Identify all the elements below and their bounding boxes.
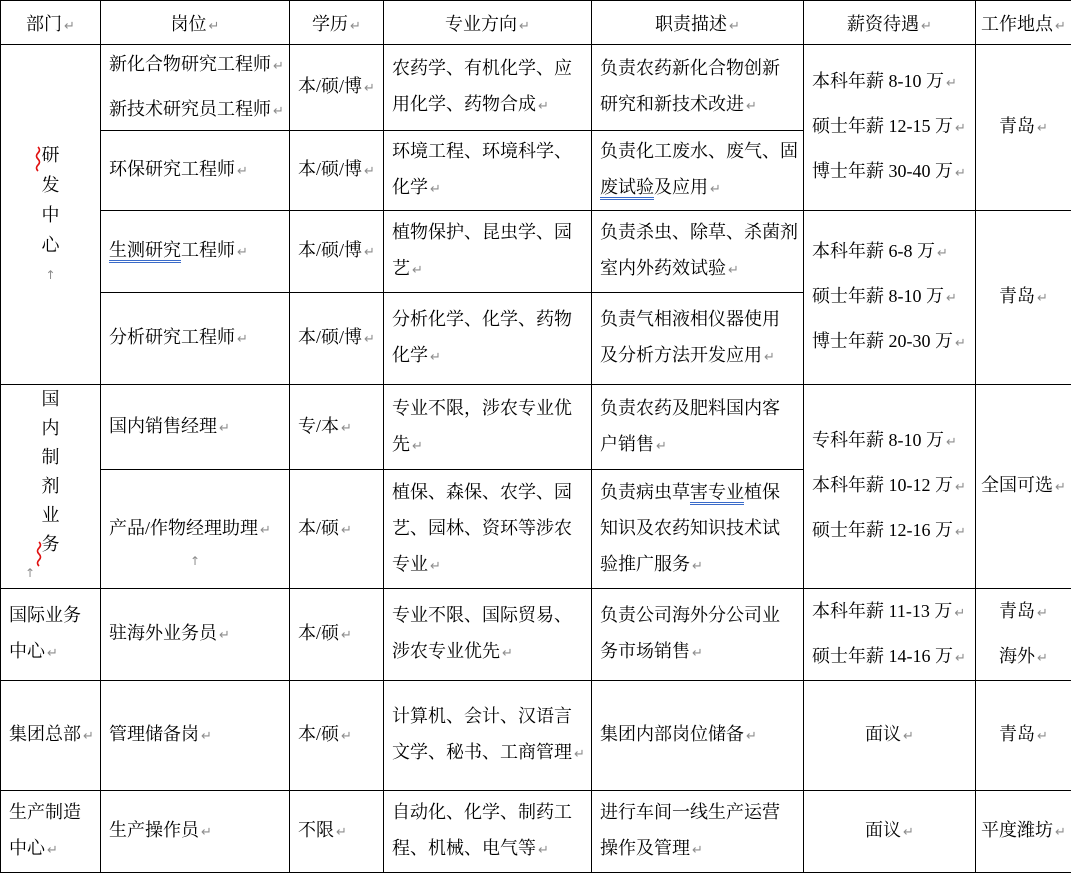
header-position-label: 岗位 [171,14,207,34]
cell-major: 专业不限、国际贸易、涉农专业优先↵ [384,589,592,681]
cell-location: 平度潍坊↵ [976,791,1071,873]
cell-position: 生产操作员↵ [101,791,290,873]
spellcheck-squiggle-icon [35,541,43,567]
cell-salary: 本科年薪 11-13 万↵硕士年薪 14-16 万↵ [804,589,976,681]
pilcrow-icon: ↵ [729,19,740,34]
cell-location: 青岛↵ [976,45,1071,211]
cell-location: 全国可选↵ [976,385,1071,589]
cell-department-manufacturing: 生产制造中心↵ [1,791,101,873]
table-row: 生测研究工程师↵ 本/硕/博↵ 植物保护、昆虫学、园艺↵ 负责杀虫、除草、杀菌剂… [1,211,1071,293]
header-salary-label: 薪资待遇 [847,14,919,34]
header-education: 学历↵ [290,1,384,45]
cell-position: 管理储备岗↵ [101,681,290,791]
header-department: 部门↵ [1,1,101,45]
pilcrow-icon: ↵ [209,19,220,34]
pilcrow-icon: ↵ [921,19,932,34]
cell-position: 产品/作物经理助理↵ [101,470,290,589]
cell-position: 生测研究工程师↵ [101,211,290,293]
header-duty: 职责描述↵ [592,1,804,45]
cell-major: 分析化学、化学、药物化学↵ [384,293,592,385]
cell-duty: 负责杀虫、除草、杀菌剂室内外药效试验↵ [592,211,804,293]
cell-department-headquarters: 集团总部↵ [1,681,101,791]
job-positions-table: 部门↵ 岗位↵ 学历↵ 专业方向↵ 职责描述↵ 薪资待遇↵ 工作地点↵ 研发中心… [0,0,1071,873]
table-row: 国内制剂业务↑ 国内销售经理↵ 专/本↵ 专业不限，涉农专业优先↵ 负责农药及肥… [1,385,1071,470]
header-position: 岗位↵ [101,1,290,45]
cell-education: 专/本↵ [290,385,384,470]
header-major: 专业方向↵ [384,1,592,45]
pilcrow-icon: ↵ [519,19,530,34]
cell-education: 本/硕↵ [290,470,384,589]
header-department-label: 部门 [26,14,62,34]
cell-major: 植保、森保、农学、园艺、园林、资环等涉农专业↵ [384,470,592,589]
cell-duty: 负责公司海外分公司业务市场销售↵ [592,589,804,681]
cell-duty: 负责气相液相仪器使用及分析方法开发应用↵ [592,293,804,385]
cell-position: 环保研究工程师↵ [101,131,290,211]
cell-major: 环境工程、环境科学、化学↵ [384,131,592,211]
cell-salary: 面议↵ [804,791,976,873]
cell-major: 农药学、有机化学、应用化学、药物合成↵ [384,45,592,131]
cell-location: 青岛↵ [976,681,1071,791]
table-row: 集团总部↵ 管理储备岗↵ 本/硕↵ 计算机、会计、汉语言文学、秘书、工商管理↵ … [1,681,1071,791]
cell-department-rd-center: 研发中心↑ [1,45,101,385]
cell-major: 自动化、化学、制药工程、机械、电气等↵ [384,791,592,873]
table-row: 国际业务中心↵ 驻海外业务员↵ 本/硕↵ 专业不限、国际贸易、涉农专业优先↵ 负… [1,589,1071,681]
header-salary: 薪资待遇↵ [804,1,976,45]
cell-education: 本/硕/博↵ [290,45,384,131]
cell-education: 本/硕/博↵ [290,131,384,211]
cell-salary: 本科年薪 8-10 万↵硕士年薪 12-15 万↵博士年薪 30-40 万↵ [804,45,976,211]
header-major-label: 专业方向 [445,14,517,34]
cell-major: 植物保护、昆虫学、园艺↵ [384,211,592,293]
cell-education: 不限↵ [290,791,384,873]
cell-duty: 负责农药及肥料国内客户销售↵ [592,385,804,470]
pilcrow-icon: ↵ [1055,19,1066,34]
header-row: 部门↵ 岗位↵ 学历↵ 专业方向↵ 职责描述↵ 薪资待遇↵ 工作地点↵ [1,1,1071,45]
cell-position: 新化合物研究工程师↵新技术研究员工程师↵ [101,45,290,131]
word-document-page: { "marks": { "eol": "↵", "eol_vertical":… [0,0,1071,857]
header-location-label: 工作地点 [981,14,1053,34]
table-row: 研发中心↑ 新化合物研究工程师↵新技术研究员工程师↵ 本/硕/博↵ 农药学、有机… [1,45,1071,131]
cell-location: 青岛↵ [976,211,1071,385]
cell-education: 本/硕↵ [290,681,384,791]
cell-position: 国内销售经理↵ [101,385,290,470]
cell-position: 驻海外业务员↵ [101,589,290,681]
cell-duty: 负责化工废水、废气、固废试验及应用↵ [592,131,804,211]
cell-education: 本/硕/博↵ [290,211,384,293]
header-education-label: 学历 [312,14,348,34]
cell-education: 本/硕↵ [290,589,384,681]
anchor-up-arrow-icon: ↑ [190,555,200,567]
table-row: 生产制造中心↵ 生产操作员↵ 不限↵ 自动化、化学、制药工程、机械、电气等↵ 进… [1,791,1071,873]
spellcheck-squiggle-icon [34,146,42,172]
cell-education: 本/硕/博↵ [290,293,384,385]
cell-salary: 面议↵ [804,681,976,791]
cell-department-international: 国际业务中心↵ [1,589,101,681]
cell-department-domestic-formulation: 国内制剂业务↑ [1,385,101,589]
cell-position: 分析研究工程师↵ [101,293,290,385]
cell-duty: 负责农药新化合物创新研究和新技术改进↵ [592,45,804,131]
cell-major: 计算机、会计、汉语言文学、秘书、工商管理↵ [384,681,592,791]
pilcrow-icon: ↵ [350,19,361,34]
cell-salary: 本科年薪 6-8 万↵硕士年薪 8-10 万↵博士年薪 20-30 万↵ [804,211,976,385]
header-location: 工作地点↵ [976,1,1071,45]
cell-duty: 负责病虫草害专业植保知识及农药知识技术试验推广服务↵ [592,470,804,589]
cell-duty: 集团内部岗位储备↵ [592,681,804,791]
cell-duty: 进行车间一线生产运营操作及管理↵ [592,791,804,873]
cell-location: 青岛↵海外↵ [976,589,1071,681]
cell-major: 专业不限，涉农专业优先↵ [384,385,592,470]
header-duty-label: 职责描述 [655,14,727,34]
pilcrow-icon: ↵ [64,19,75,34]
cell-salary: 专科年薪 8-10 万↵本科年薪 10-12 万↵硕士年薪 12-16 万↵ [804,385,976,589]
